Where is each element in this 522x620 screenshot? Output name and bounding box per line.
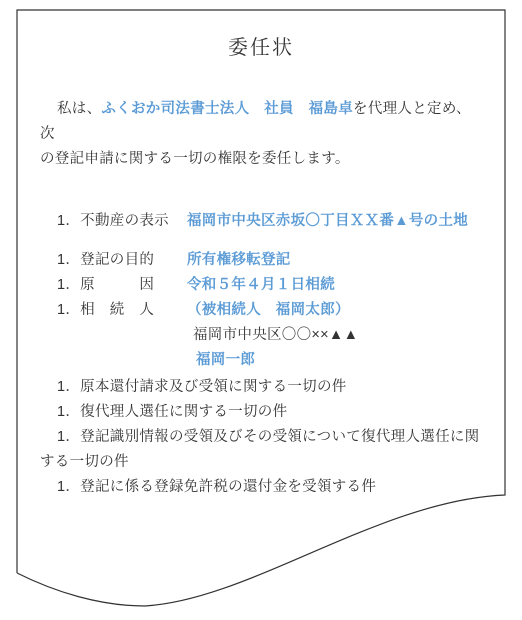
- heir-name: 福岡一郎: [196, 348, 482, 373]
- registration-heir-row: 1．相 続 人（被相続人 福岡太郎）: [40, 298, 482, 323]
- heir-address: 福岡市中央区〇〇××▲▲: [193, 323, 482, 348]
- intro-line1: 私は、ふくおか司法書士法人 社員 福島卓を代理人と定め、次: [40, 97, 482, 147]
- document-content: 委任状 私は、ふくおか司法書士法人 社員 福島卓を代理人と定め、次 の登記申請に…: [40, 10, 482, 500]
- property-value: 福岡市中央区赤坂〇丁目ＸＸ番▲号の土地: [187, 213, 468, 229]
- authority-item-4: 1．登記に係る登録免許税の還付金を受領する件: [40, 475, 482, 500]
- registration-cause-value: 令和５年４月１日相続: [187, 277, 335, 293]
- authority-item-1: 1．原本還付請求及び受領に関する一切の件: [40, 375, 482, 400]
- power-of-attorney-page: 委任状 私は、ふくおか司法書士法人 社員 福島卓を代理人と定め、次 の登記申請に…: [0, 0, 522, 620]
- registration-heir-value: （被相続人 福岡太郎）: [187, 302, 350, 318]
- authority-item-3-line2: する一切の件: [40, 450, 482, 475]
- registration-heir-label: 1．相 続 人: [57, 298, 187, 323]
- registration-cause-row: 1．原 因令和５年４月１日相続: [40, 273, 482, 298]
- registration-items: 1．登記の目的所有権移転登記 1．原 因令和５年４月１日相続 1．相 続 人（被…: [40, 248, 482, 323]
- intro-prefix: 私は、: [57, 101, 101, 117]
- authority-items: 1．原本還付請求及び受領に関する一切の件 1．復代理人選任に関する一切の件 1．…: [40, 375, 482, 500]
- intro-line2: の登記申請に関する一切の権限を委任します。: [40, 147, 482, 172]
- intro-paragraph: 私は、ふくおか司法書士法人 社員 福島卓を代理人と定め、次 の登記申請に関する一…: [40, 97, 482, 172]
- property-item: 1．不動産の表示福岡市中央区赤坂〇丁目ＸＸ番▲号の土地: [40, 209, 482, 234]
- property-label: 1．不動産の表示: [57, 209, 187, 234]
- authority-item-3-line1: 1．登記識別情報の受領及びその受領について復代理人選任に関: [40, 425, 482, 450]
- registration-purpose-value: 所有権移転登記: [187, 252, 291, 268]
- agent-name: ふくおか司法書士法人 社員 福島卓: [101, 101, 353, 117]
- document-title: 委任状: [40, 34, 482, 62]
- registration-purpose-label: 1．登記の目的: [57, 248, 187, 273]
- registration-purpose-row: 1．登記の目的所有権移転登記: [40, 248, 482, 273]
- authority-item-2: 1．復代理人選任に関する一切の件: [40, 400, 482, 425]
- registration-cause-label: 1．原 因: [57, 273, 187, 298]
